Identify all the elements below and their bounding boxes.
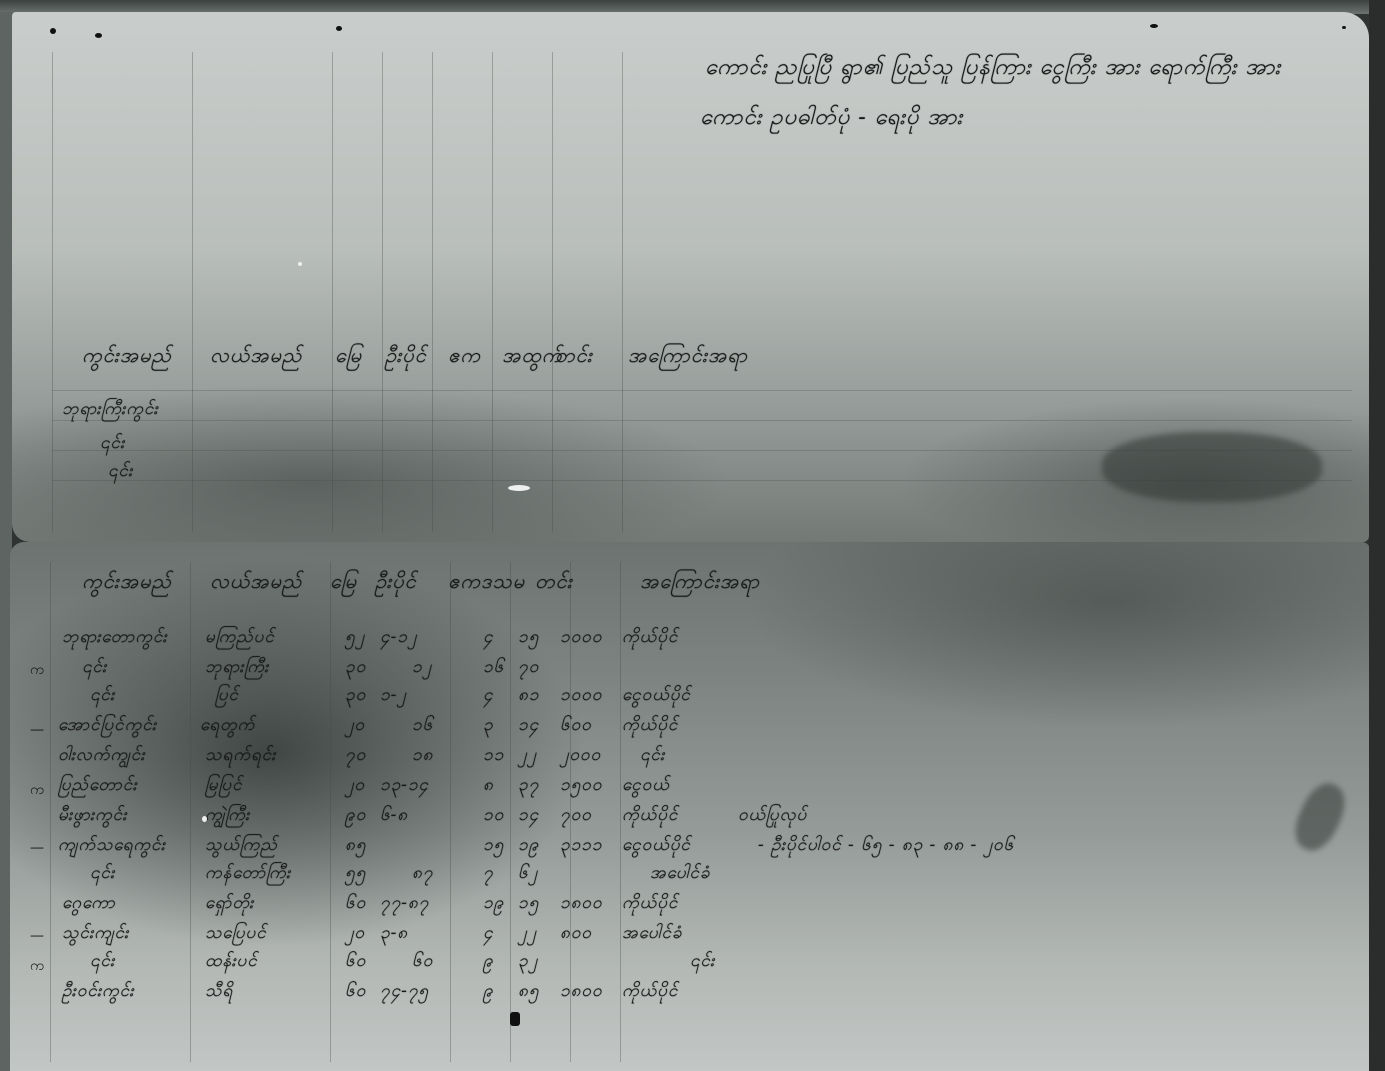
cell-field: သွင်းကျင်း (62, 922, 129, 947)
cell-field: ဝါးလက်ကျွင်း (58, 744, 145, 769)
cell-decimal: ၁၅ (518, 626, 539, 651)
cell-field: ၎င်း (90, 950, 115, 975)
cell-field: ၎င်း (90, 862, 115, 887)
cell-baskets: ၇၀၀ (560, 804, 592, 829)
ruling-line (50, 562, 51, 1062)
cell-land: ၇၀ (345, 744, 366, 769)
header-land: မြေ (330, 568, 357, 598)
cell-owner: ၁၂ (412, 656, 432, 681)
cell-remarks: ကိုယ်ပိုင် (622, 714, 678, 739)
cell-owner: ၆-၈ (380, 804, 408, 829)
cell-owner: ၇၄-၇၅ (380, 980, 429, 1005)
cell-acres: ၄ (483, 922, 494, 947)
cell-remarks: ကိုယ်ပိုင် (622, 626, 678, 651)
upper-row-1: ဘုရားကြီးကွင်း (62, 398, 159, 423)
ruling-line (620, 562, 621, 1062)
cell-land: ၈၅ (345, 834, 366, 859)
header-acres: ဧကဒသမ (448, 568, 525, 598)
ink-speck (336, 26, 342, 31)
manuscript-upper-sheet (12, 12, 1369, 542)
header-owner: ဦးပိုင် (375, 568, 417, 598)
header-acres: ဧက (448, 342, 481, 372)
margin-mark: က (30, 660, 44, 681)
cell-acres: ၁၅ (483, 834, 504, 859)
cell-baskets: ၁၀၀၀ (560, 684, 602, 709)
cell-baskets: ၁၅၀၀ (560, 774, 602, 799)
cell-remarks: ကိုယ်ပိုင် (622, 892, 678, 917)
ruling-line (52, 52, 53, 532)
ruling-line (190, 562, 191, 1062)
cell-field: ဂွေကော (62, 892, 116, 917)
cell-field: အောင်ပြင်ကွင်း (58, 714, 157, 739)
cell-baskets: ၆၀၀ (560, 714, 592, 739)
margin-mark: — (30, 928, 44, 944)
ink-speck (1342, 26, 1346, 29)
paper-flaw (508, 485, 530, 491)
margin-mark: က (30, 956, 44, 977)
ruling-line (332, 52, 333, 532)
paper-flaw (298, 262, 302, 266)
ruling-line (622, 52, 623, 532)
cell-note: - ဦးပိုင်ပါဝင် - ၆၅ - ၈၃ - ၈၈ - ၂၀၆ (758, 834, 1014, 859)
cell-owner: ၇၇-၈၇ (380, 892, 429, 917)
cell-land: ၆၀ (345, 892, 366, 917)
cell-field: ဘုရားတောကွင်း (62, 626, 168, 651)
ruling-line (52, 390, 1352, 391)
cell-acres: ၄ (483, 684, 494, 709)
header-remarks: အကြောင်းအရာ (640, 568, 760, 598)
header-yield: အထွက် (502, 342, 562, 372)
cell-acres: ၉ (483, 950, 494, 975)
header-owner: ဦးပိုင် (385, 342, 427, 372)
cell-remarks: အပေါင်ခံ (622, 922, 682, 947)
cell-field: ၎င်း (90, 684, 115, 709)
cell-acres: ၁၉ (483, 892, 504, 917)
cell-note: ဝယ်ပြုလုပ် (738, 804, 807, 829)
header-field-name: ကွင်းအမည် (82, 568, 172, 598)
cell-plot: မြပြင် (205, 774, 243, 799)
cell-decimal: ၈၁ (518, 684, 539, 709)
cell-land: ၆၀ (345, 980, 366, 1005)
ruling-line (330, 562, 331, 1062)
cell-plot: သရက်ရင်း (205, 744, 276, 769)
margin-mark: — (30, 722, 44, 738)
cell-plot: ရေတွက် (200, 714, 255, 739)
cell-acres: ၈ (483, 774, 494, 799)
cell-acres: ၁၁ (483, 744, 504, 769)
cell-plot: မကြည်ပင် (205, 626, 275, 651)
cell-plot: ဘုရားကြီး (205, 656, 269, 681)
header-plot-name: လယ်အမည် (210, 342, 302, 372)
cell-plot: ရှော်တိုး (205, 892, 254, 917)
cell-owner: ၄-၁၂ (380, 626, 417, 651)
cell-decimal: ၂၂ (518, 922, 537, 947)
cell-land: ၃၀ (345, 684, 366, 709)
cell-owner: ၆၀ (412, 950, 433, 975)
cell-decimal: ၃၂ (518, 950, 538, 975)
cell-owner: ၁၆ (412, 714, 433, 739)
cell-owner: ၁၈ (412, 744, 433, 769)
paper-flaw (202, 816, 207, 822)
ruling-line (450, 562, 451, 1062)
cell-baskets: ၁၈၀၀ (560, 892, 602, 917)
ink-speck (1150, 24, 1158, 28)
cell-plot: ပြင် (215, 684, 239, 709)
ink-speck (50, 28, 56, 34)
ink-speck (510, 1012, 520, 1026)
cell-land: ၉၀ (345, 804, 366, 829)
ruling-line (432, 52, 433, 532)
cell-plot: ကန်တော်ကြီး (205, 862, 291, 887)
cell-acres: ၁၀ (483, 804, 504, 829)
cell-land: ၅၂ (345, 626, 365, 651)
cell-acres: ၁၆ (483, 656, 504, 681)
cell-remarks: ငွေဝယ်ပိုင် (622, 684, 691, 709)
cell-acres: ၃ (483, 714, 494, 739)
cell-remarks: ကိုယ်ပိုင် (622, 804, 678, 829)
ink-stain (1102, 432, 1322, 502)
margin-mark: — (30, 840, 44, 856)
ruling-line (510, 562, 511, 1062)
ruling-line (492, 52, 493, 532)
cell-remarks: ၎င်း (640, 744, 665, 769)
ruling-line (382, 52, 383, 532)
cell-acres: ၉ (483, 980, 494, 1005)
cell-field: ကျက်သရေကွင်း (58, 834, 166, 859)
cell-baskets: ၂၀၀၀ (560, 744, 601, 769)
cell-remarks: ငွေဝယ်ပိုင် (622, 834, 691, 859)
cell-plot: ကျွဲကြီး (205, 804, 250, 829)
cell-decimal: ၃၇ (518, 774, 539, 799)
title-line-1: ကောင်း ညပြုပြီ ရွာ၏ ပြည်သူ ပြန်ကြား ငွေက… (705, 52, 1281, 85)
cell-acres: ၄ (483, 626, 494, 651)
cell-decimal: ၈၅ (518, 980, 539, 1005)
ruling-line (192, 52, 193, 532)
cell-baskets: ၃၁၁၁ (560, 834, 602, 859)
header-remarks: အကြောင်းအရာ (628, 342, 748, 372)
header-baskets: တင်း (555, 342, 593, 372)
title-line-2: ကောင်း ဥပဓါတ်ပုံ - ရေးပို အား (700, 102, 963, 135)
scan-right-edge (1369, 0, 1385, 1071)
ink-speck (95, 33, 102, 38)
cell-remarks: ၎င်း (690, 950, 715, 975)
cell-decimal: ၆၂ (518, 862, 538, 887)
cell-remarks: ကိုယ်ပိုင် (622, 980, 678, 1005)
cell-acres: ၇ (483, 862, 494, 887)
cell-baskets: ၈၀၀ (560, 922, 592, 947)
cell-land: ၂၀ (345, 714, 365, 739)
cell-baskets: ၁၈၀၀ (560, 980, 602, 1005)
cell-remarks: အပေါင်ခံ (650, 862, 710, 887)
cell-owner: ၁-၂ (380, 684, 407, 709)
cell-field: မီးဖွားကွင်း (58, 804, 127, 829)
cell-field: ပြည်တောင်း (58, 774, 138, 799)
cell-owner: ၈၇ (412, 862, 433, 887)
cell-decimal: ၂၂ (518, 744, 537, 769)
upper-row-2: ၎င်း (100, 432, 125, 457)
cell-plot: သီရိ (205, 980, 233, 1005)
cell-baskets: ၁၀၀၀ (560, 626, 602, 651)
ruling-line (552, 52, 553, 532)
ink-stain (1287, 777, 1353, 857)
upper-row-3: ၎င်း (108, 460, 133, 485)
cell-land: ၃၀ (345, 656, 366, 681)
cell-decimal: ၁၄ (518, 804, 539, 829)
cell-decimal: ၁၉ (518, 834, 539, 859)
ruling-line (52, 420, 1352, 421)
cell-land: ၅၅ (345, 862, 366, 887)
margin-mark: က (30, 780, 44, 801)
cell-decimal: ၁၅ (518, 892, 539, 917)
cell-owner: ၁၃-၁၄ (380, 774, 429, 799)
cell-remarks: ငွေဝယ် (622, 774, 670, 799)
cell-field: ဦးဝင်းကွင်း (62, 980, 134, 1005)
cell-decimal: ၁၄ (518, 714, 539, 739)
cell-land: ၆၀ (345, 950, 366, 975)
cell-plot: သွယ်ကြည် (205, 834, 278, 859)
cell-land: ၂၀ (345, 922, 365, 947)
cell-land: ၂၀ (345, 774, 365, 799)
header-land: မြေ (335, 342, 362, 372)
header-plot-name: လယ်အမည် (210, 568, 302, 598)
cell-field: ၎င်း (82, 656, 107, 681)
cell-owner: ၃-၈ (380, 922, 408, 947)
header-baskets: တင်း (535, 568, 573, 598)
header-field-name: ကွင်းအမည် (82, 342, 172, 372)
cell-plot: သပြေပင် (205, 922, 267, 947)
cell-plot: ထန်းပင် (205, 950, 258, 975)
cell-decimal: ၇၀ (518, 656, 539, 681)
